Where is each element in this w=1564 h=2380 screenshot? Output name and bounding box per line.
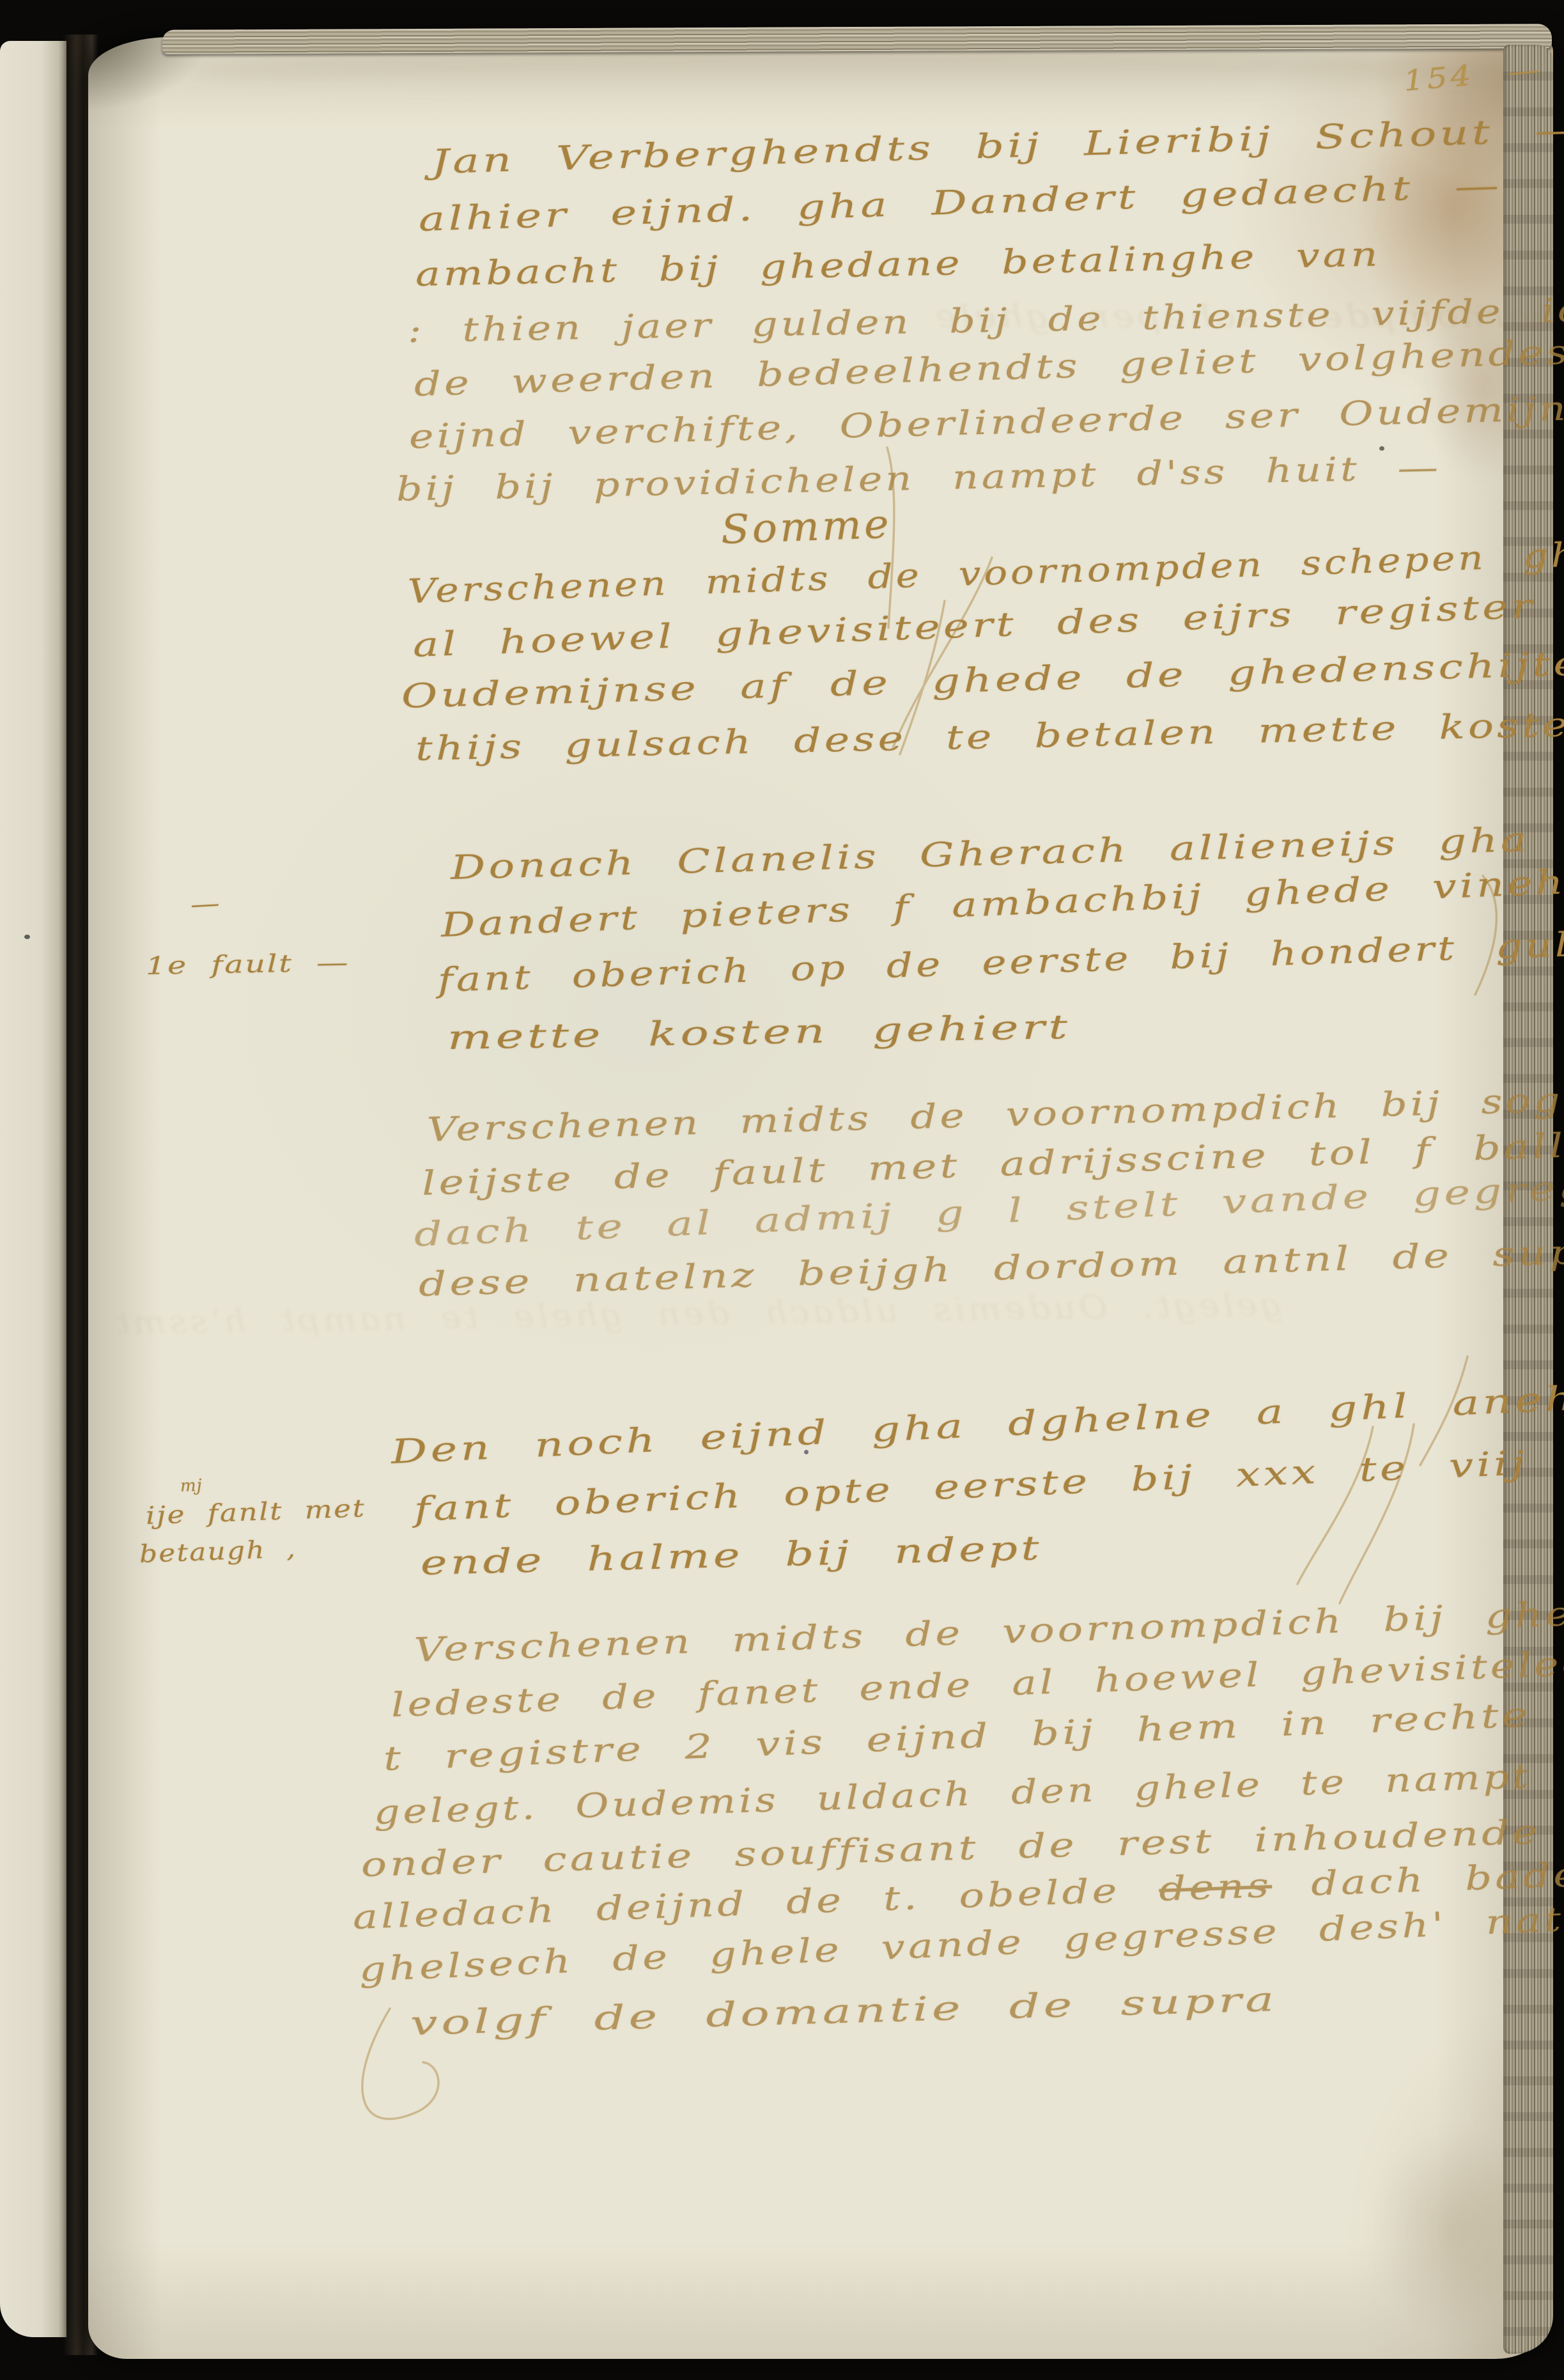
margin-note-second-fault: betaugh , bbox=[139, 1536, 297, 1566]
ink-speck bbox=[24, 935, 30, 939]
section-heading: Somme bbox=[720, 504, 892, 550]
margin-dash: — bbox=[190, 891, 222, 917]
ink-bleedthrough: Verschenen midts de voornompden schepen … bbox=[859, 300, 1564, 332]
margin-note-superscript: mj bbox=[180, 1477, 203, 1495]
previous-page-edge bbox=[0, 41, 66, 2337]
photograph-background: 154 — Jan Verberghendts bij Lieribij Sch… bbox=[0, 0, 1564, 2380]
ink-speck bbox=[804, 1450, 809, 1454]
ink-speck bbox=[1379, 446, 1384, 451]
margin-note-first-fault: 1e fault — bbox=[146, 950, 350, 978]
margin-note-second-fault: ije fanlt met bbox=[145, 1496, 366, 1528]
struck-word: dens bbox=[1158, 1867, 1273, 1909]
